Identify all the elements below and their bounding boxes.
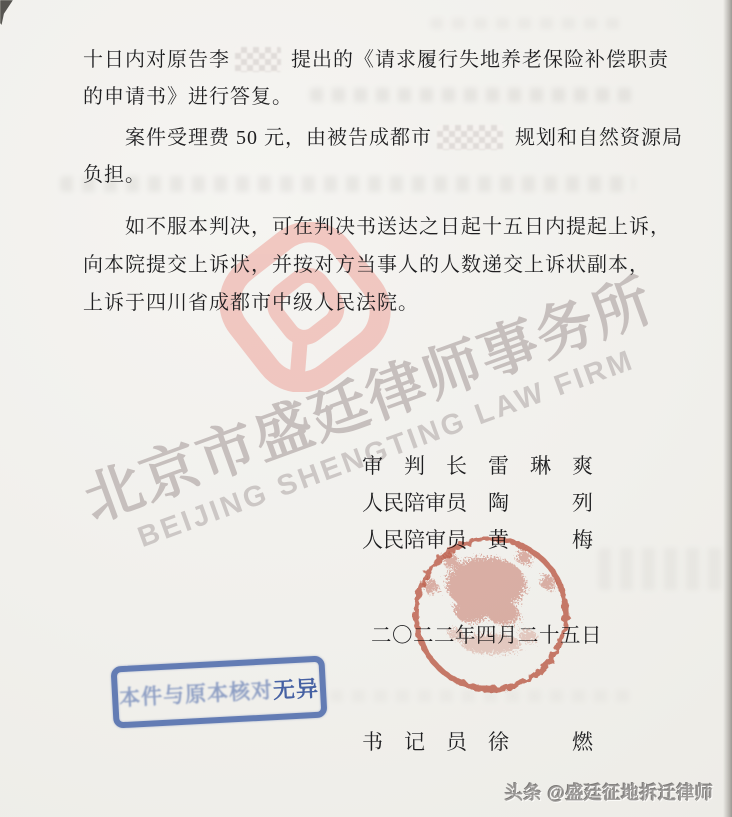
- body-text: 十日内对原告李: [83, 49, 230, 71]
- body-line: 负担。: [83, 158, 146, 187]
- redaction-mosaic: [437, 125, 503, 150]
- body-text: 规划和自然资源局: [515, 127, 683, 149]
- bleed-through-ghost: [430, 18, 625, 29]
- stamp-text-faint: 本件与原本核对: [118, 674, 273, 712]
- peoples-assessor-line: 人民陪审员 陶 列: [362, 487, 593, 517]
- toutiao-credit-watermark: 头条 @盛廷征地拆迁律师: [505, 779, 714, 805]
- body-line: 如不服本判决，可在判决书送达之日起十五日内提起上诉，: [125, 210, 671, 239]
- body-line: 上诉于四川省成都市中级人民法院。: [83, 286, 419, 315]
- body-line: 十日内对原告李提出的《请求履行失地养老保险补偿职责: [83, 43, 669, 72]
- bleed-through-ghost: [60, 176, 635, 192]
- scan-edge-shadow: [723, 0, 732, 817]
- body-text: 案件受理费 50 元，由被告成都市: [125, 127, 432, 149]
- redaction-mosaic: [235, 47, 281, 72]
- body-line: 案件受理费 50 元，由被告成都市规划和自然资源局: [125, 121, 683, 150]
- body-line: 向本院提交上诉状，并按对方当事人的人数递交上诉状副本，: [83, 248, 650, 277]
- court-round-seal: [396, 524, 586, 704]
- bleed-through-ghost: [310, 88, 640, 102]
- stamp-text-clear: 无异: [272, 671, 320, 704]
- scanned-judgment-page: 北京市盛廷律师事务所 BEIJING SHENGTING LAW FIRM 十日…: [0, 0, 732, 817]
- clerk-line: 书 记 员 徐 燃: [362, 726, 593, 756]
- scan-corner-mark: [0, 0, 13, 25]
- verification-stamp: 本件与原本核对 无异: [111, 655, 328, 728]
- presiding-judge-line: 审 判 长 雷 琳 爽: [362, 450, 593, 480]
- bleed-through-ghost: [598, 548, 723, 590]
- body-text: 提出的《请求履行失地养老保险补偿职责: [291, 49, 669, 71]
- body-line: 的申请书》进行答复。: [83, 80, 293, 109]
